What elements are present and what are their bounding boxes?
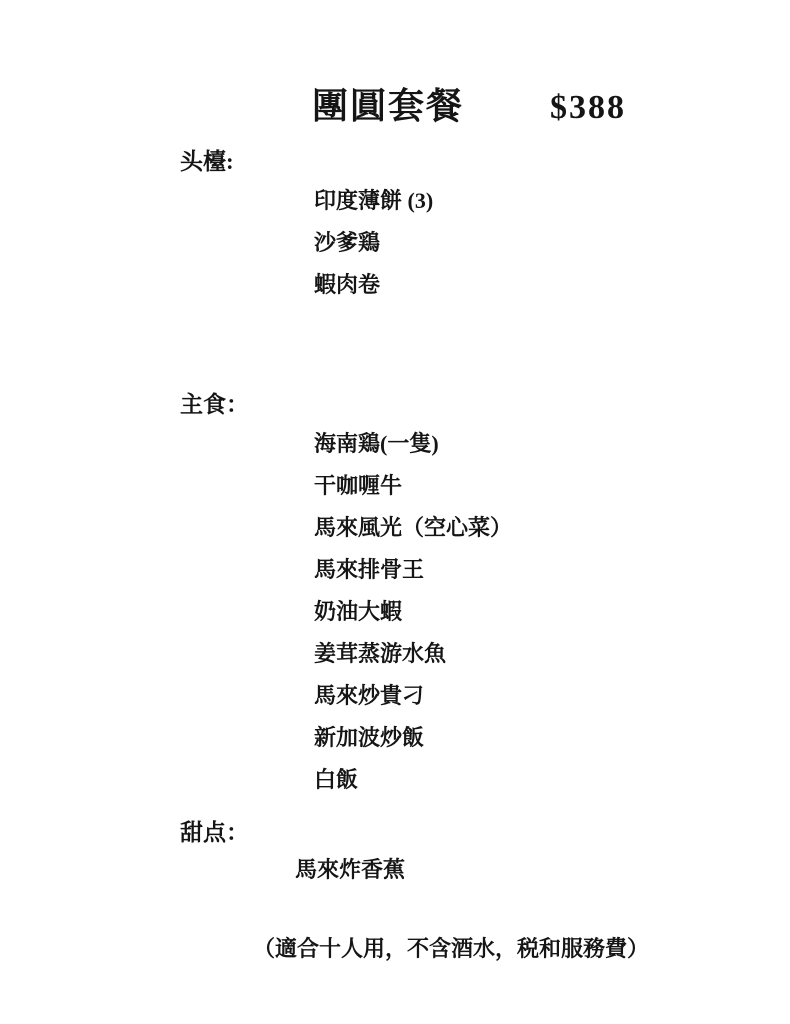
menu-item: 奶油大蝦 <box>314 591 512 633</box>
menu-item: 印度薄餅 (3) <box>314 180 433 222</box>
menu-footnote: （適合十人用，不含酒水，税和服務費） <box>253 932 649 963</box>
dessert-item-list: 馬來炸香蕉 <box>295 849 405 891</box>
menu-item: 白飯 <box>314 759 512 801</box>
menu-item: 姜茸蒸游水魚 <box>314 633 512 675</box>
menu-item: 沙爹鶏 <box>314 222 433 264</box>
menu-item: 馬來排骨王 <box>314 549 512 591</box>
menu-price: $388 <box>550 89 626 127</box>
menu-title-row: 團圓套餐 $388 <box>312 78 626 129</box>
appetizer-item-list: 印度薄餅 (3) 沙爹鶏 蝦肉卷 <box>314 180 433 306</box>
menu-page: 團圓套餐 $388 头檯: 印度薄餅 (3) 沙爹鶏 蝦肉卷 主食： 海南鶏(一… <box>0 0 790 1024</box>
section-heading-appetizer: 头檯: <box>180 143 234 176</box>
menu-item: 蝦肉卷 <box>314 264 433 306</box>
menu-item: 馬來炸香蕉 <box>295 849 405 891</box>
section-heading-dessert: 甜点： <box>180 814 249 847</box>
main-item-list: 海南鶏(一隻) 干咖喱牛 馬來風光（空心菜） 馬來排骨王 奶油大蝦 姜茸蒸游水魚… <box>314 423 512 801</box>
menu-item: 馬來炒貴刁 <box>314 675 512 717</box>
menu-item: 海南鶏(一隻) <box>314 423 512 465</box>
menu-item: 干咖喱牛 <box>314 465 512 507</box>
menu-title: 團圓套餐 <box>312 78 464 129</box>
menu-item: 新加波炒飯 <box>314 717 512 759</box>
section-heading-main: 主食： <box>180 386 249 419</box>
menu-item: 馬來風光（空心菜） <box>314 507 512 549</box>
